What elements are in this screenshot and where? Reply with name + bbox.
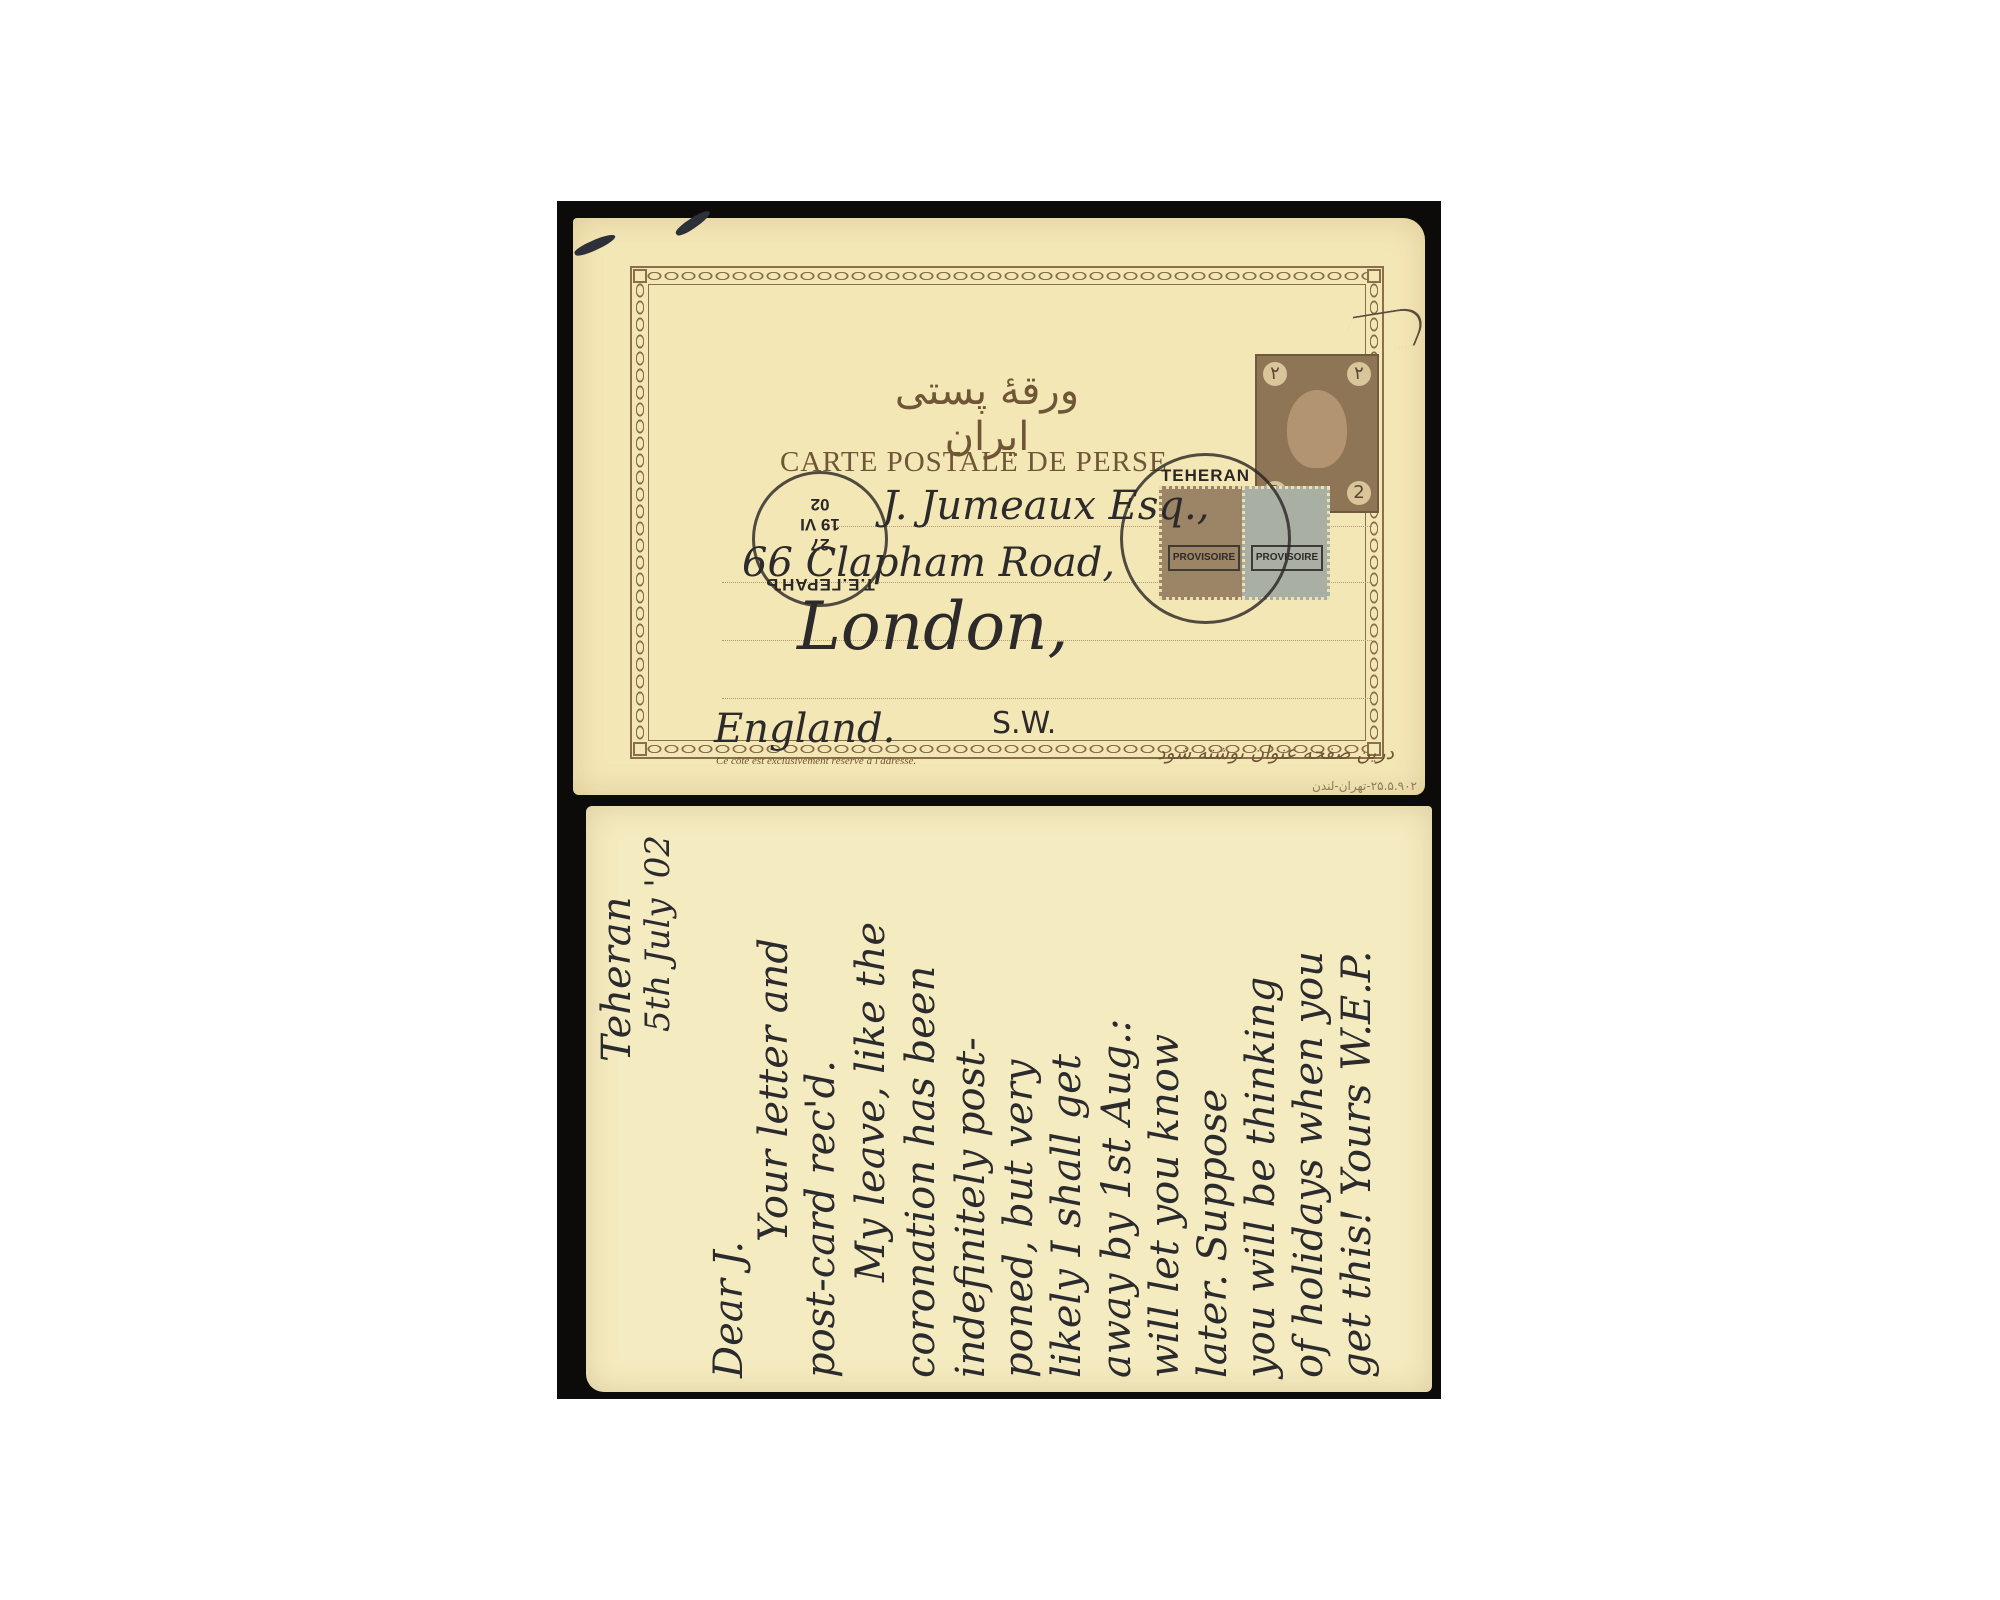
letter-line: will let you know (1142, 1034, 1188, 1378)
letter-line: Dear J. (706, 1241, 752, 1378)
letter-line: of holidays when you (1286, 951, 1332, 1378)
letter-line: indefinitely post- (948, 1037, 994, 1378)
corner-ornament (633, 742, 647, 756)
shah-portrait-icon (1287, 390, 1347, 468)
persian-address-note: درین صفحه عنوان نوشته شود (1154, 742, 1394, 764)
letter-line-place: Teheran (594, 897, 640, 1062)
departure-postmark: TEHERAN (1120, 453, 1291, 624)
address-country: England. (714, 706, 895, 752)
letter-line-date: 5th July '02 (638, 835, 678, 1032)
postcard-front: ورقهٔ پستی ایران CARTE POSTALE DE PERSE … (573, 218, 1425, 795)
letter-line: likely I shall get (1044, 1054, 1090, 1378)
chain-border-top (646, 271, 1368, 281)
address-name: J. Jumeaux Esq., (882, 483, 1209, 529)
letter-line: you will be thinking (1238, 977, 1284, 1378)
handwritten-letter: Teheran 5th July '02 Dear J. Your letter… (586, 806, 1432, 1392)
corner-ornament (1367, 269, 1381, 283)
letter-line: poned, but very (996, 1060, 1042, 1378)
ornamental-border: ورقهٔ پستی ایران CARTE POSTALE DE PERSE … (630, 266, 1384, 759)
postcard-back: Teheran 5th July '02 Dear J. Your letter… (586, 806, 1432, 1392)
address-district: S.W. (992, 706, 1056, 741)
letter-line: coronation has been (898, 966, 944, 1378)
address-line (722, 698, 1372, 699)
letter-line-signature: get this! Yours W.E.P. (1334, 951, 1380, 1378)
stamp-value-glyph: ٢ (1347, 362, 1371, 386)
letter-line: later. Suppose (1190, 1089, 1236, 1378)
letter-line: Your letter and (751, 938, 797, 1242)
address-city: London, (797, 588, 1069, 665)
ink-smudge (573, 231, 617, 259)
french-address-note: Ce côté est exclusivement réservé à l'ad… (716, 755, 916, 767)
corner-ornament (633, 269, 647, 283)
stamp-value-numeral: 2 (1347, 481, 1371, 505)
stamp-value-glyph: ٢ (1263, 362, 1287, 386)
letter-line: My leave, like the (848, 922, 894, 1282)
address-street: 66 Clapham Road, (742, 540, 1115, 586)
letter-line: post-card rec'd. (798, 1060, 844, 1378)
chain-border-left (635, 282, 645, 743)
archive-note: ۲۵.۵.۹۰۲-تهران-لندن (1312, 779, 1417, 793)
letter-line: away by 1st Aug.: (1094, 1019, 1140, 1378)
arrival-postmark: Т.Е.ГЕРАНЪ 27 19 VI 02 (752, 471, 888, 607)
